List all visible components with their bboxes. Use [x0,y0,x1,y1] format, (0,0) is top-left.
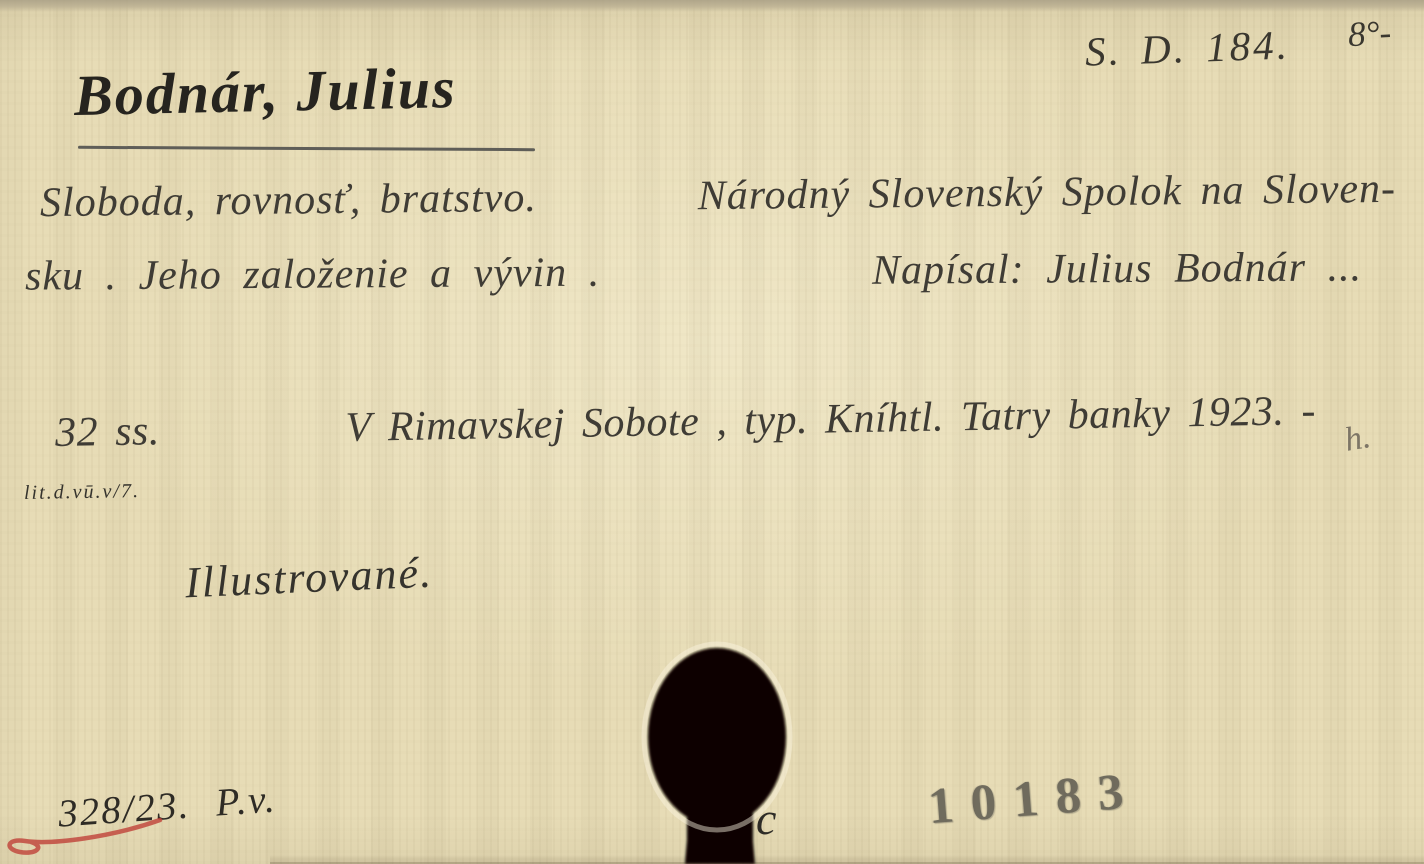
accession-stamp: 10183 [926,762,1142,836]
pencil-annotation: h. [1342,418,1374,460]
small-annotation: lit.d.vū.v/7. [24,480,140,505]
title-line-1: Sloboda, rovnosť, bratstvo. Národný Slov… [40,165,1396,227]
author-heading: Bodnár, Julius [73,54,457,129]
format-notation: 8°- [1347,13,1392,55]
title-line-2: sku . Jeho založenie a vývin . Napísal: … [25,243,1362,300]
author-statement: Napísal: Julius Bodnár ... [872,243,1362,294]
publication-info: V Rimavskej Sobote , typ. Kníhtl. Tatry … [345,387,1316,452]
author-underline [78,146,535,151]
scan-top-edge [0,0,1424,12]
title-continuation: sku . Jeho založenie a vývin . [25,249,601,301]
extent: 32 ss. [55,407,161,457]
accession-number: 328/23. P.v. [57,776,278,836]
library-catalog-card: S. D. 184. 8°- Bodnár, Julius Sloboda, r… [0,0,1424,864]
shelfmark: S. D. 184. [1084,20,1290,75]
collation-line: 32 ss. V Rimavskej Sobote , typ. Kníhtl.… [55,387,1317,457]
card-bottom-edge [270,855,1424,864]
title-motto: Sloboda, rovnosť, bratstvo. [40,174,537,227]
punch-hole [630,633,810,864]
illustration-note: Illustrované. [184,547,434,609]
title-society: Národný Slovenský Spolok na Sloven- [697,165,1396,220]
